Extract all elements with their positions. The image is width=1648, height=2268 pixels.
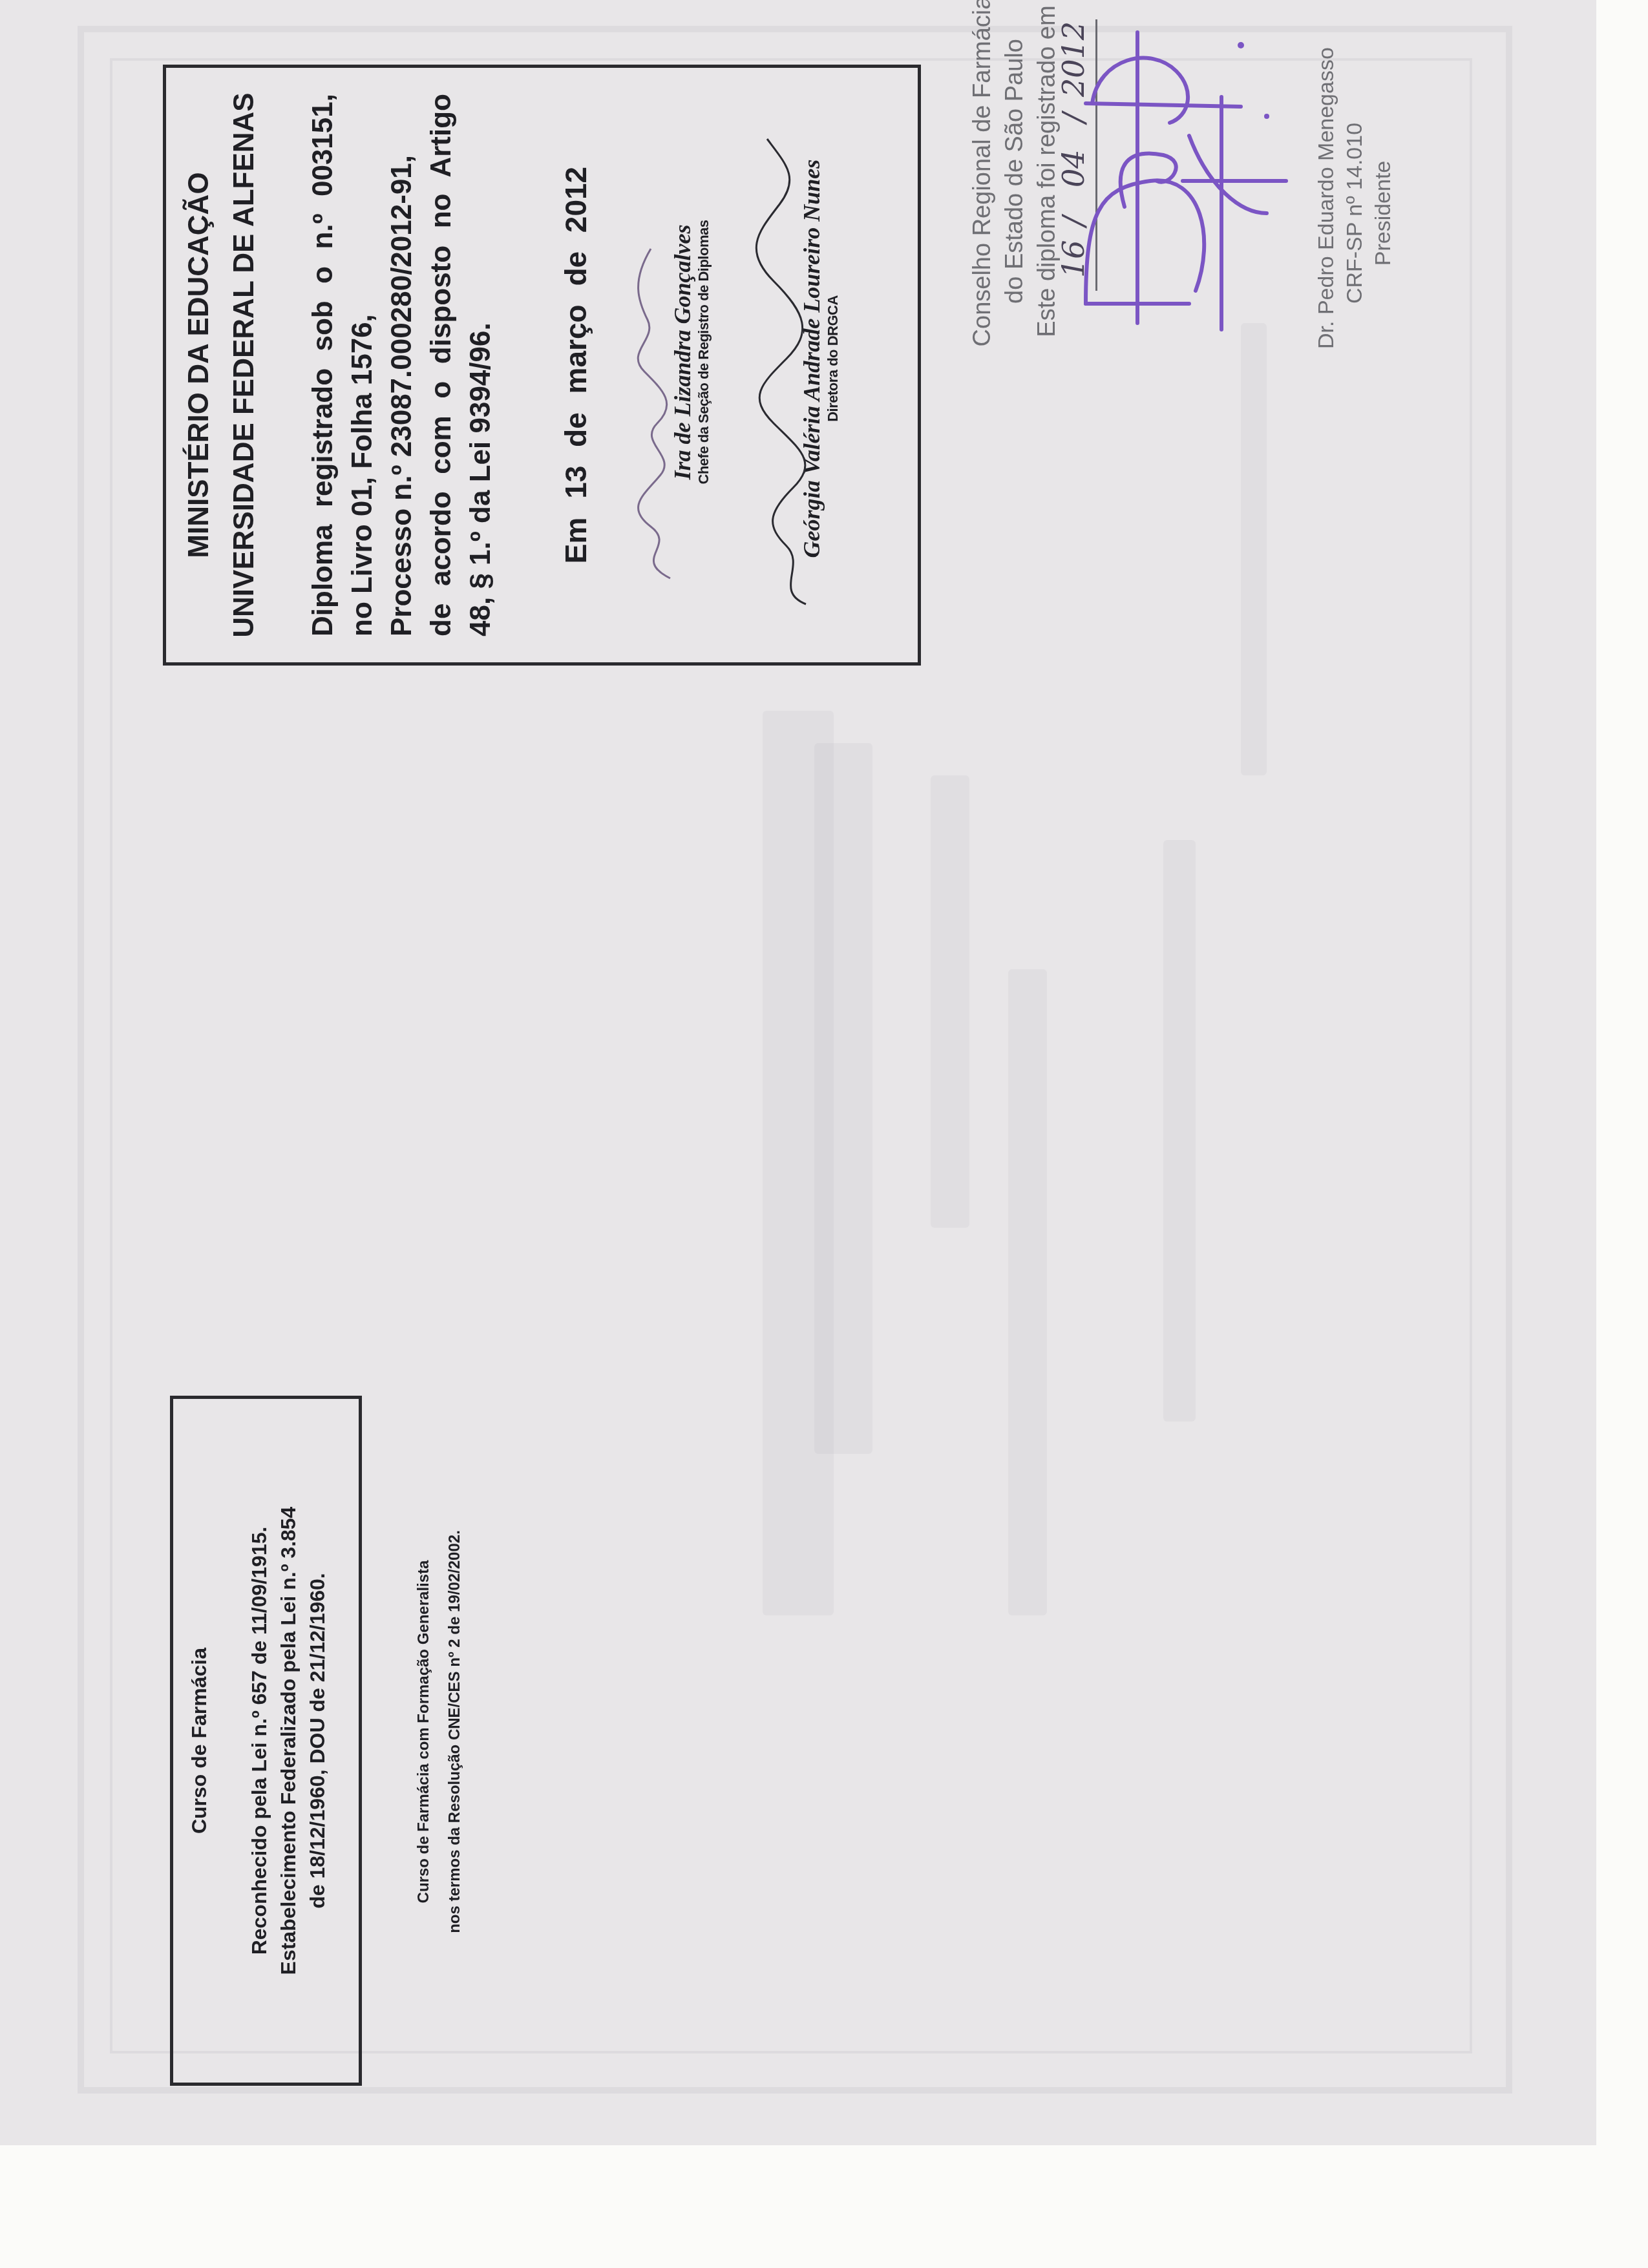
signature-block-registry-chief: Ira de Lizandra Gonçalves Chefe da Seção… xyxy=(670,171,713,533)
showthrough-text-4 xyxy=(1008,969,1047,1615)
course-title: Curso de Farmácia xyxy=(187,1399,211,2083)
crf-line: Conselho Regional de Farmácia xyxy=(966,0,998,372)
course-note-line: nos termos da Resolução CNE/CES nº 2 de … xyxy=(439,1512,470,1951)
crf-signer-name: Dr. Pedro Eduardo Menegasso xyxy=(1312,78,1340,349)
signatory-role: Diretora do DRGCA xyxy=(824,94,842,624)
registration-text: Diploma registrado sob o n.º 003151, no … xyxy=(303,94,500,636)
crf-president-signature xyxy=(1073,19,1305,342)
signatory-name: Geórgia Valéria Andrade Loureiro Nunes xyxy=(799,94,824,624)
registration-date: Em 13 de março de 2012 xyxy=(558,68,593,662)
registration-box: MINISTÉRIO DA EDUCAÇÃO UNIVERSIDADE FEDE… xyxy=(163,65,921,666)
signature-block-director: Geórgia Valéria Andrade Loureiro Nunes D… xyxy=(799,94,842,624)
course-recognition-text: Reconhecido pela Lei n.º 657 de 11/09/19… xyxy=(245,1399,332,2083)
signatory-role: Chefe da Seção de Registro de Diplomas xyxy=(695,171,713,533)
registration-line: 48, § 1.º da Lei 9394/96. xyxy=(461,94,500,636)
registration-line: de acordo com o disposto no Artigo xyxy=(421,94,461,636)
course-note-line: Curso de Farmácia com Formação Generalis… xyxy=(408,1512,439,1951)
registration-line: Processo n.º 23087.000280/2012-91, xyxy=(382,94,421,636)
university-title: UNIVERSIDADE FEDERAL DE ALFENAS xyxy=(226,68,263,662)
showthrough-text-3 xyxy=(931,775,969,1228)
registration-line: no Livro 01, Folha 1576, xyxy=(343,94,382,636)
crf-line: do Estado de São Paulo xyxy=(998,0,1031,372)
showthrough-text-2 xyxy=(814,743,872,1454)
showthrough-text-5 xyxy=(1163,840,1196,1422)
signatory-name: Ira de Lizandra Gonçalves xyxy=(670,171,695,533)
course-line: Reconhecido pela Lei n.º 657 de 11/09/19… xyxy=(245,1399,274,2083)
crf-signer-title: Presidente xyxy=(1369,78,1397,349)
course-note: Curso de Farmácia com Formação Generalis… xyxy=(408,1512,480,1951)
crf-signer-registration: CRF-SP nº 14.010 xyxy=(1340,78,1369,349)
course-line: Estabelecimento Federalizado pela Lei n.… xyxy=(274,1399,303,2083)
crf-signer: Dr. Pedro Eduardo Menegasso CRF-SP nº 14… xyxy=(1312,78,1409,349)
showthrough-text-6 xyxy=(1241,323,1267,775)
registration-line: Diploma registrado sob o n.º 003151, xyxy=(303,94,343,636)
ministry-title: MINISTÉRIO DA EDUCAÇÃO xyxy=(180,68,218,662)
course-box: Curso de Farmácia Reconhecido pela Lei n… xyxy=(170,1396,362,2086)
course-line: de 18/12/1960, DOU de 21/12/1960. xyxy=(303,1399,332,2083)
